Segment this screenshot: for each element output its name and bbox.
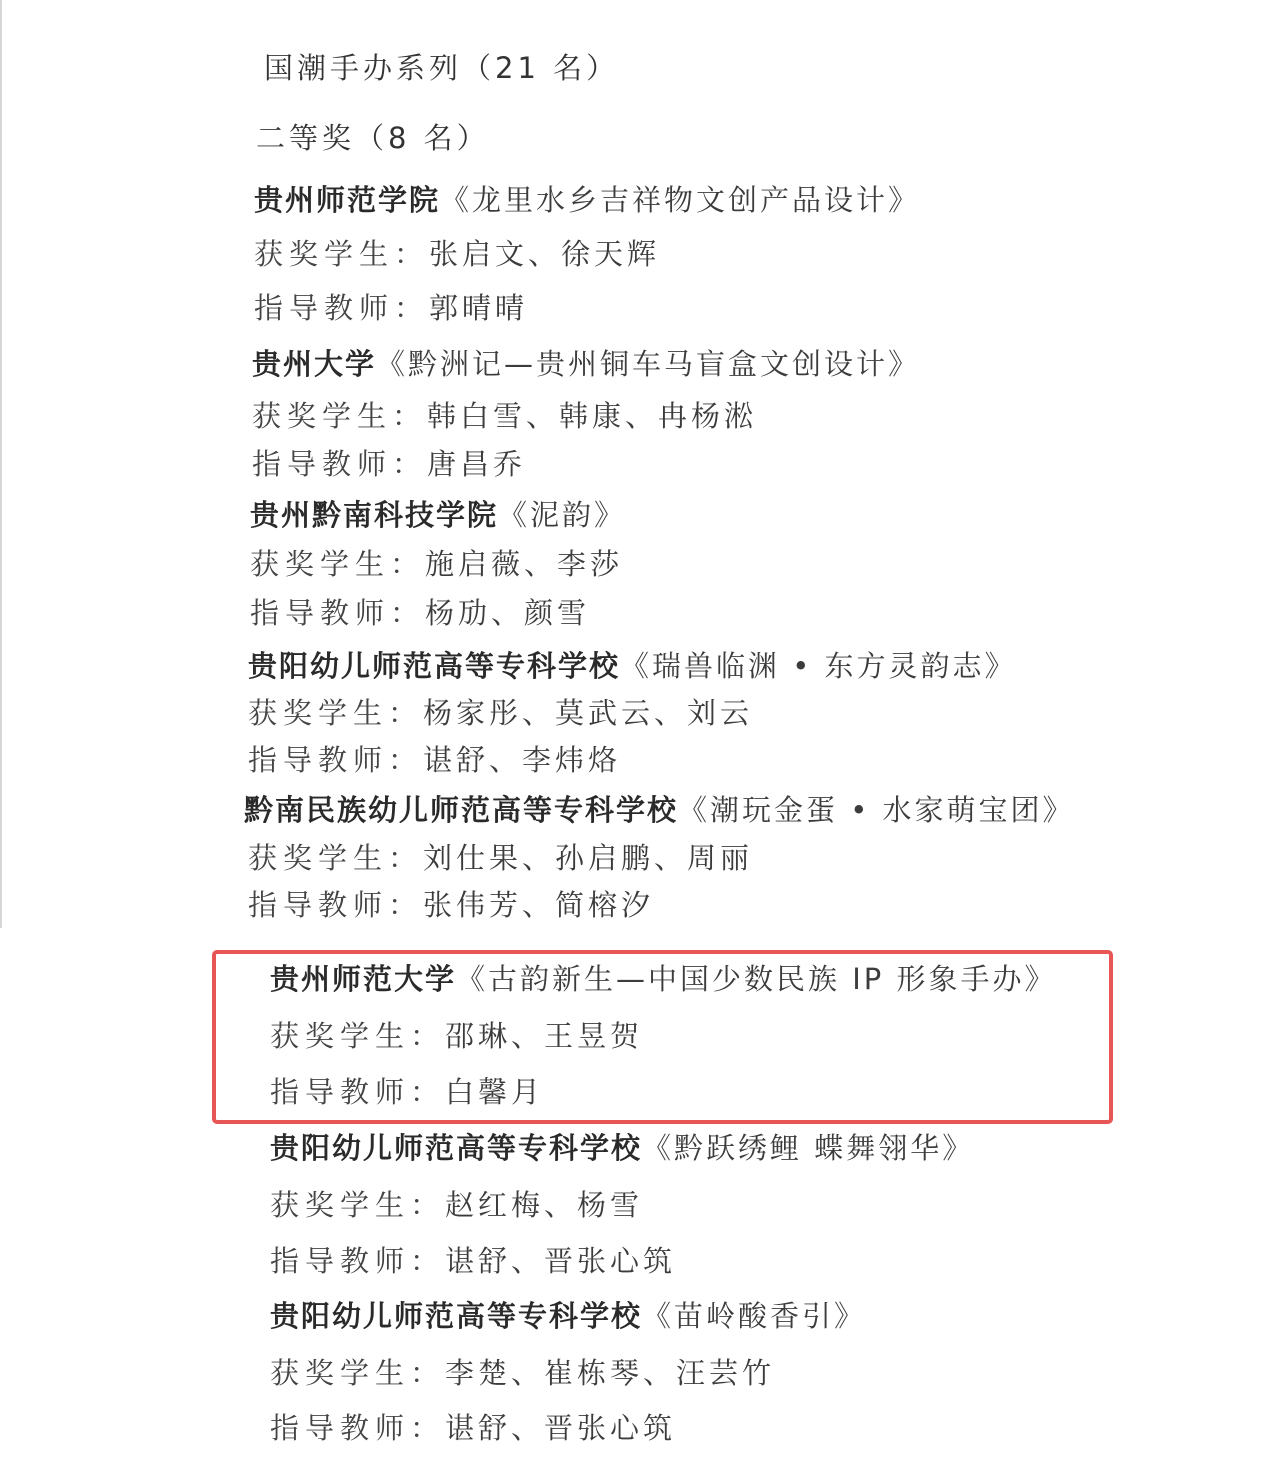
school-name: 贵州师范学院	[254, 183, 440, 217]
students-line: 获奖学生：韩白雪、韩康、冉杨淞	[252, 398, 757, 434]
teachers-label: 指导教师：	[248, 888, 423, 922]
entry-heading: 贵州师范学院《龙里水乡吉祥物文创产品设计》	[254, 182, 920, 218]
work-title: 《黔跃绣鲤 蝶舞翎华》	[642, 1131, 974, 1165]
school-name: 贵阳幼儿师范高等专科学校	[270, 1299, 642, 1333]
teachers-label: 指导教师：	[252, 447, 427, 481]
teachers-names: 谌舒、晋张心筑	[445, 1244, 676, 1278]
page-edge-shadow	[0, 0, 2, 928]
students-line: 获奖学生：施启薇、李莎	[250, 546, 623, 582]
teachers-names: 谌舒、李炜烙	[423, 743, 621, 777]
work-title: 《古韵新生—中国少数民族 IP 形象手办》	[456, 962, 1056, 996]
students-line: 获奖学生：赵红梅、杨雪	[270, 1187, 643, 1223]
teachers-label: 指导教师：	[248, 743, 423, 777]
award-title: 二等奖（8 名）	[256, 120, 490, 156]
students-names: 施启薇、李莎	[425, 547, 623, 581]
students-label: 获奖学生：	[250, 547, 425, 581]
students-label: 获奖学生：	[270, 1356, 445, 1390]
teachers-line: 指导教师：谌舒、李炜烙	[248, 742, 621, 778]
entry-heading: 贵阳幼儿师范高等专科学校《苗岭酸香引》	[270, 1298, 866, 1334]
work-title: 《龙里水乡吉祥物文创产品设计》	[440, 183, 920, 217]
work-title: 《苗岭酸香引》	[642, 1299, 866, 1333]
students-names: 韩白雪、韩康、冉杨淞	[427, 399, 757, 433]
entry-heading-highlighted: 贵州师范大学《古韵新生—中国少数民族 IP 形象手办》	[270, 961, 1057, 997]
work-title: 《潮玩金蛋 • 水家萌宝团》	[678, 793, 1075, 827]
teachers-line: 指导教师：杨劢、颜雪	[250, 595, 590, 631]
students-label: 获奖学生：	[254, 237, 429, 271]
students-line: 获奖学生：刘仕果、孙启鹏、周丽	[248, 840, 753, 876]
teachers-label: 指导教师：	[270, 1411, 445, 1445]
entry-heading: 贵州大学《黔洲记—贵州铜车马盲盒文创设计》	[252, 346, 920, 382]
students-names: 张启文、徐天辉	[429, 237, 660, 271]
teachers-line: 指导教师：唐昌乔	[252, 446, 526, 482]
teachers-names: 张伟芳、简榕汐	[423, 888, 654, 922]
entry-heading: 贵阳幼儿师范高等专科学校《瑞兽临渊 • 东方灵韵志》	[248, 648, 1017, 684]
teachers-line: 指导教师：谌舒、晋张心筑	[270, 1410, 676, 1446]
category-title: 国潮手办系列（21 名）	[264, 50, 619, 86]
students-line: 获奖学生：杨家彤、莫武云、刘云	[248, 695, 753, 731]
students-line: 获奖学生：张启文、徐天辉	[254, 236, 660, 272]
work-title: 《泥韵》	[498, 498, 626, 532]
students-label: 获奖学生：	[252, 399, 427, 433]
entry-heading: 贵州黔南科技学院《泥韵》	[250, 497, 626, 533]
teachers-line: 指导教师：张伟芳、简榕汐	[248, 887, 654, 923]
teachers-line: 指导教师：谌舒、晋张心筑	[270, 1243, 676, 1279]
students-names: 杨家彤、莫武云、刘云	[423, 696, 753, 730]
teachers-names: 郭晴晴	[429, 291, 528, 325]
teachers-names: 唐昌乔	[427, 447, 526, 481]
school-name: 贵阳幼儿师范高等专科学校	[270, 1131, 642, 1165]
students-label: 获奖学生：	[248, 841, 423, 875]
students-names: 刘仕果、孙启鹏、周丽	[423, 841, 753, 875]
students-label: 获奖学生：	[270, 1188, 445, 1222]
school-name: 贵州大学	[252, 347, 376, 381]
teachers-line: 指导教师：郭晴晴	[254, 290, 528, 326]
teachers-names: 杨劢、颜雪	[425, 596, 590, 630]
students-label: 获奖学生：	[270, 1019, 445, 1053]
school-name: 贵阳幼儿师范高等专科学校	[248, 649, 620, 683]
teachers-label: 指导教师：	[270, 1075, 445, 1109]
entry-heading: 黔南民族幼儿师范高等专科学校《潮玩金蛋 • 水家萌宝团》	[244, 792, 1075, 828]
teachers-label: 指导教师：	[270, 1244, 445, 1278]
students-names: 李楚、崔栋琴、汪芸竹	[445, 1356, 775, 1390]
teachers-label: 指导教师：	[254, 291, 429, 325]
school-name: 贵州师范大学	[270, 962, 456, 996]
teachers-label: 指导教师：	[250, 596, 425, 630]
students-names: 邵琳、王昱贺	[445, 1019, 643, 1053]
work-title: 《瑞兽临渊 • 东方灵韵志》	[620, 649, 1017, 683]
students-line: 获奖学生：李楚、崔栋琴、汪芸竹	[270, 1355, 775, 1391]
work-title: 《黔洲记—贵州铜车马盲盒文创设计》	[376, 347, 920, 381]
teachers-names: 谌舒、晋张心筑	[445, 1411, 676, 1445]
school-name: 贵州黔南科技学院	[250, 498, 498, 532]
students-label: 获奖学生：	[248, 696, 423, 730]
entry-heading: 贵阳幼儿师范高等专科学校《黔跃绣鲤 蝶舞翎华》	[270, 1130, 974, 1166]
teachers-names: 白馨月	[445, 1075, 544, 1109]
students-line: 获奖学生：邵琳、王昱贺	[270, 1018, 643, 1054]
school-name: 黔南民族幼儿师范高等专科学校	[244, 793, 678, 827]
teachers-line: 指导教师：白馨月	[270, 1074, 544, 1110]
students-names: 赵红梅、杨雪	[445, 1188, 643, 1222]
